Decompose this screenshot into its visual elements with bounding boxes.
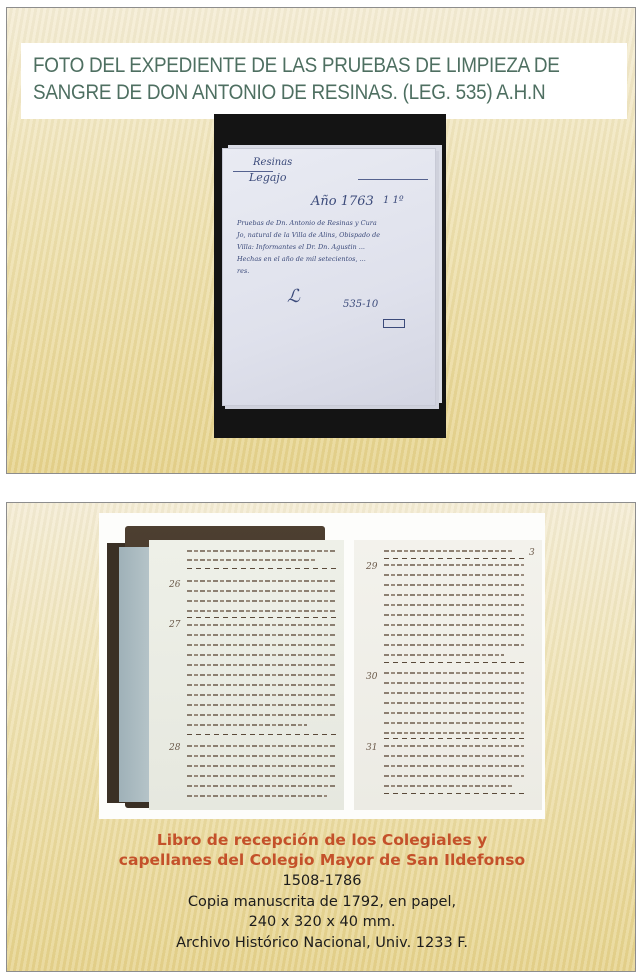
- script-line: [187, 714, 337, 716]
- slide-title-line-2: SANGRE DE DON ANTONIO DE RESINAS. (LEG. …: [33, 79, 564, 106]
- script-line: [187, 550, 337, 552]
- dash-line: [187, 617, 337, 618]
- caption-title-line-2: capellanes del Colegio Mayor de San Ilde…: [7, 850, 637, 870]
- script-line: [384, 550, 514, 552]
- entry-number: 31: [366, 743, 377, 753]
- handwriting-legajo: Legajo: [249, 171, 286, 184]
- script-line: [187, 634, 337, 636]
- script-line: [384, 722, 524, 724]
- script-line: [384, 614, 524, 616]
- caption-material: Copia manuscrita de 1792, en papel,: [7, 892, 637, 913]
- script-line: [187, 624, 337, 626]
- signature-flourish-icon: ℒ: [287, 286, 300, 307]
- handwriting-year: Año 1763: [311, 194, 374, 209]
- script-line: [187, 684, 337, 686]
- script-line: [187, 795, 327, 797]
- script-line: [384, 732, 524, 734]
- dash-line: [384, 558, 524, 559]
- expediente-photo: Resinas Legajo Año 1763 1 1º Pruebas de …: [214, 114, 446, 438]
- script-line: [384, 564, 524, 566]
- script-line: [384, 634, 524, 636]
- handwriting-body-2: Jo, natural de la Villa de Alins, Obispa…: [237, 231, 380, 239]
- script-line: [384, 604, 524, 606]
- script-line: [384, 775, 524, 777]
- script-line: [187, 785, 337, 787]
- script-line: [384, 594, 524, 596]
- handwriting-name: Resinas: [253, 157, 292, 168]
- slide-libro-recepcion: 26 27 28: [6, 502, 636, 972]
- document-sheet: Resinas Legajo Año 1763 1 1º Pruebas de …: [222, 148, 436, 406]
- slide-title-line-1: FOTO DEL EXPEDIENTE DE LAS PRUEBAS DE LI…: [33, 52, 564, 79]
- script-line: [187, 694, 337, 696]
- handwriting-body-1: Pruebas de Dn. Antonio de Resinas y Cura: [237, 219, 377, 227]
- script-line: [187, 755, 337, 757]
- script-line: [187, 745, 337, 747]
- script-line: [187, 765, 337, 767]
- script-line: [187, 590, 337, 592]
- script-line: [187, 580, 337, 582]
- caption-dimensions: 240 x 320 x 40 mm.: [7, 912, 637, 933]
- handwriting-body-5: res.: [237, 267, 249, 275]
- script-line: [187, 654, 337, 656]
- script-line: [384, 574, 524, 576]
- script-line: [384, 644, 524, 646]
- caption-title: Libro de recepción de los Colegiales y c…: [7, 830, 637, 870]
- dash-line: [187, 568, 337, 569]
- dash-line: [187, 734, 337, 735]
- script-line: [187, 704, 337, 706]
- dash-line: [384, 738, 524, 739]
- script-line: [384, 654, 504, 656]
- script-line: [384, 765, 524, 767]
- script-line: [187, 674, 337, 676]
- slide-title: FOTO DEL EXPEDIENTE DE LAS PRUEBAS DE LI…: [33, 52, 564, 106]
- slide-expediente: FOTO DEL EXPEDIENTE DE LAS PRUEBAS DE LI…: [6, 7, 636, 474]
- entry-number: 29: [366, 562, 377, 572]
- caption-dates: 1508-1786: [7, 871, 637, 892]
- script-line: [384, 672, 524, 674]
- handwriting-body-3: Villa: Informantes el Dr. Dn. Agustin ..…: [237, 243, 365, 251]
- script-line: [384, 624, 524, 626]
- script-line: [187, 644, 337, 646]
- entry-number: 27: [169, 620, 180, 630]
- script-line: [187, 775, 337, 777]
- script-line: [384, 692, 524, 694]
- entry-number: 30: [366, 672, 377, 682]
- script-line: [187, 600, 337, 602]
- script-line: [187, 610, 337, 612]
- handwriting-mark: 1 1º: [383, 195, 404, 206]
- handwriting-body-4: Hechas en el año de mil setecientos, ...: [237, 255, 366, 263]
- dash-line: [384, 793, 524, 794]
- page-number: 3: [529, 548, 535, 558]
- caption-title-line-1: Libro de recepción de los Colegiales y: [7, 830, 637, 850]
- handwriting-number: 535-10: [343, 299, 378, 310]
- book-page-right: 3 29 30 31: [354, 540, 542, 810]
- script-line: [384, 682, 524, 684]
- book-photo: 26 27 28: [99, 513, 545, 819]
- script-line: [384, 712, 524, 714]
- book-page-left: 26 27 28: [149, 540, 344, 810]
- entry-number: 26: [169, 580, 180, 590]
- stamp-icon: [383, 319, 405, 328]
- script-line: [384, 745, 524, 747]
- script-line: [187, 559, 317, 561]
- script-line: [187, 664, 337, 666]
- caption-archive: Archivo Histórico Nacional, Univ. 1233 F…: [7, 933, 637, 954]
- caption-body: 1508-1786 Copia manuscrita de 1792, en p…: [7, 871, 637, 953]
- script-line: [384, 785, 514, 787]
- dash-line: [384, 662, 524, 663]
- script-line: [384, 584, 524, 586]
- script-line: [384, 755, 524, 757]
- slide-title-box: FOTO DEL EXPEDIENTE DE LAS PRUEBAS DE LI…: [21, 43, 627, 119]
- script-line: [187, 724, 307, 726]
- strike-line: [358, 179, 428, 180]
- entry-number: 28: [169, 743, 180, 753]
- script-line: [384, 702, 524, 704]
